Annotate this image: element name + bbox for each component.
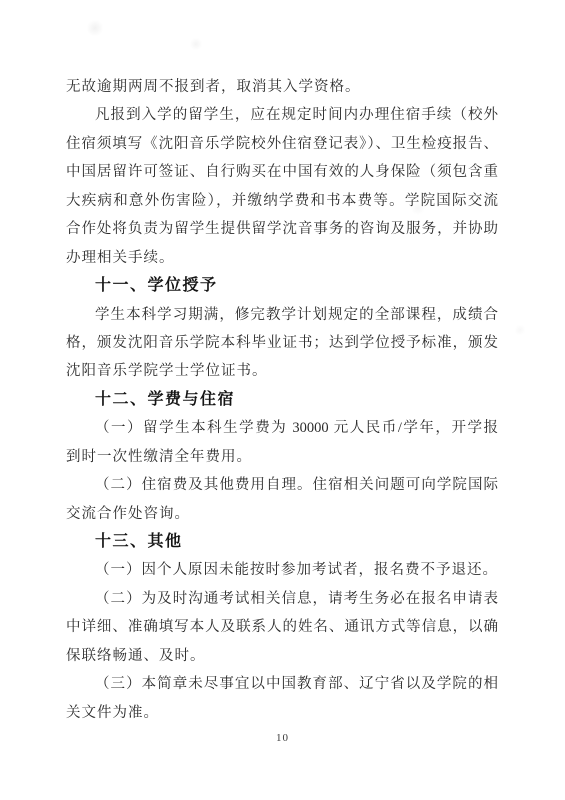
- page-number: 10: [0, 727, 565, 749]
- text-line: 办理相关手续。: [66, 244, 498, 272]
- section-heading-other: 十三、其他: [66, 528, 498, 556]
- document-page: 无故逾期两周不报到者，取消其入学资格。 凡报到入学的留学生，应在规定时间内办理住…: [0, 0, 565, 800]
- text-line: （三）本简章未尽事宜以中国教育部、辽宁省以及学院的相: [66, 670, 498, 698]
- text-line: 沈阳音乐学院学士学位证书。: [66, 357, 498, 385]
- text-line: 格，颁发沈阳音乐学院本科毕业证书；达到学位授予标准，颁发: [66, 329, 498, 357]
- text-line: 住宿须填写《沈阳音乐学院校外住宿登记表》）、卫生检疫报告、: [66, 130, 498, 158]
- section-heading-tuition: 十二、学费与住宿: [66, 386, 498, 414]
- text-line: 学生本科学习期满，修完教学计划规定的全部课程，成绩合: [66, 301, 498, 329]
- text-line: 中国居留许可签证、自行购买在中国有效的人身保险（须包含重: [66, 158, 498, 186]
- text-line: （一）因个人原因未能按时参加考试者，报名费不予退还。: [66, 556, 498, 584]
- text-line: （二）住宿费及其他费用自理。住宿相关问题可向学院国际: [66, 471, 498, 499]
- text-line: （二）为及时沟通考试相关信息，请考生务必在报名申请表: [66, 585, 498, 613]
- text-line: 凡报到入学的留学生，应在规定时间内办理住宿手续（校外: [66, 101, 498, 129]
- text-line: 大疾病和意外伤害险），并缴纳学费和书本费等。学院国际交流: [66, 187, 498, 215]
- text-line: 合作处将负责为留学生提供留学沈音事务的咨询及服务，并协助: [66, 215, 498, 243]
- text-line: 关文件为准。: [66, 699, 498, 727]
- document-body: 无故逾期两周不报到者，取消其入学资格。 凡报到入学的留学生，应在规定时间内办理住…: [66, 73, 498, 727]
- text-line: 中详细、准确填写本人及联系人的姓名、通讯方式等信息，以确: [66, 613, 498, 641]
- text-line: （一）留学生本科生学费为 30000 元人民币/学年，开学报: [66, 414, 498, 442]
- text-line: 无故逾期两周不报到者，取消其入学资格。: [66, 73, 498, 101]
- text-line: 保联络畅通、及时。: [66, 642, 498, 670]
- text-line: 到时一次性缴清全年费用。: [66, 443, 498, 471]
- section-heading-degree: 十一、学位授予: [66, 272, 498, 300]
- text-line: 交流合作处咨询。: [66, 500, 498, 528]
